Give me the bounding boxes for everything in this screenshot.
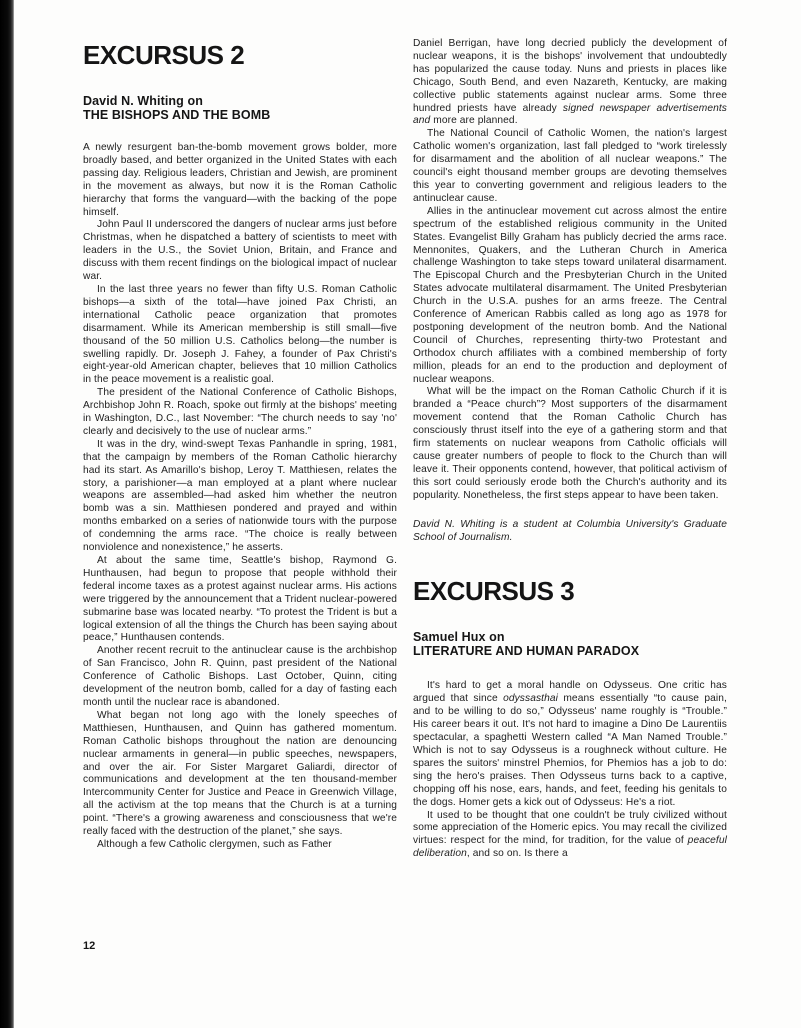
paragraph: David N. Whiting is a student at Columbi… bbox=[413, 519, 727, 545]
excursus3-title: EXCURSUS 3 bbox=[413, 578, 727, 604]
paragraph: It used to be thought that one couldn't … bbox=[413, 810, 727, 862]
text-run: At about the same time, Seattle's bishop… bbox=[83, 555, 397, 643]
paragraph: In the last three years no fewer than fi… bbox=[83, 284, 397, 387]
excursus3-body: It's hard to get a moral handle on Odyss… bbox=[413, 680, 727, 861]
paragraph: The president of the National Conference… bbox=[83, 387, 397, 439]
excursus2-byline: David N. Whiting on THE BISHOPS AND THE … bbox=[83, 95, 397, 122]
text-run: In the last three years no fewer than fi… bbox=[83, 284, 397, 385]
text-run: The president of the National Conference… bbox=[83, 387, 397, 437]
italic-text-run: David N. Whiting is a student at Columbi… bbox=[413, 519, 727, 543]
text-run: John Paul II underscored the dangers of … bbox=[83, 219, 397, 282]
paragraph: John Paul II underscored the dangers of … bbox=[83, 219, 397, 284]
excursus2-body-left: A newly resurgent ban-the-bomb movement … bbox=[83, 142, 397, 852]
excursus3-byline: Samuel Hux on LITERATURE AND HUMAN PARAD… bbox=[413, 631, 727, 658]
scan-binding-edge bbox=[0, 0, 14, 1028]
paragraph: What will be the impact on the Roman Cat… bbox=[413, 386, 727, 502]
byline-author-line: Samuel Hux on bbox=[413, 631, 727, 645]
excursus3-section: EXCURSUS 3 Samuel Hux on LITERATURE AND … bbox=[413, 578, 727, 861]
text-run: more are planned. bbox=[430, 115, 517, 126]
excursus2-title: EXCURSUS 2 bbox=[83, 42, 397, 68]
text-run: , and so on. Is there a bbox=[467, 848, 568, 859]
italic-text-run: odyssasthai bbox=[503, 693, 558, 704]
text-run: What began not long ago with the lonely … bbox=[83, 710, 397, 837]
paragraph: It's hard to get a moral handle on Odyss… bbox=[413, 680, 727, 809]
byline-title-line: THE BISHOPS AND THE BOMB bbox=[83, 109, 397, 123]
paragraph: What began not long ago with the lonely … bbox=[83, 710, 397, 839]
paragraph: Although a few Catholic clergymen, such … bbox=[83, 839, 397, 852]
text-run: A newly resurgent ban-the-bomb movement … bbox=[83, 142, 397, 218]
byline-author-line: David N. Whiting on bbox=[83, 95, 397, 109]
author-bio: David N. Whiting is a student at Columbi… bbox=[413, 519, 727, 545]
right-column: Daniel Berrigan, have long decried publi… bbox=[413, 38, 727, 861]
paragraph: The National Council of Catholic Women, … bbox=[413, 128, 727, 205]
paragraph: Another recent recruit to the antinuclea… bbox=[83, 645, 397, 710]
magazine-page: EXCURSUS 2 David N. Whiting on THE BISHO… bbox=[0, 0, 801, 1028]
paragraph: A newly resurgent ban-the-bomb movement … bbox=[83, 142, 397, 219]
paragraph: Daniel Berrigan, have long decried publi… bbox=[413, 38, 727, 128]
text-run: The National Council of Catholic Women, … bbox=[413, 128, 727, 204]
text-run: Another recent recruit to the antinuclea… bbox=[83, 645, 397, 708]
paragraph: Allies in the antinuclear movement cut a… bbox=[413, 206, 727, 387]
text-run: It used to be thought that one couldn't … bbox=[413, 810, 727, 847]
text-run: means essentially “to cause pain, and to… bbox=[413, 693, 727, 807]
paragraph: At about the same time, Seattle's bishop… bbox=[83, 555, 397, 645]
text-run: Allies in the antinuclear movement cut a… bbox=[413, 206, 727, 385]
left-column: EXCURSUS 2 David N. Whiting on THE BISHO… bbox=[83, 42, 397, 852]
paragraph: It was in the dry, wind-swept Texas Panh… bbox=[83, 439, 397, 555]
text-run: It was in the dry, wind-swept Texas Panh… bbox=[83, 439, 397, 553]
page-number: 12 bbox=[83, 940, 95, 952]
text-run: Although a few Catholic clergymen, such … bbox=[97, 839, 332, 850]
excursus2-body-right: Daniel Berrigan, have long decried publi… bbox=[413, 38, 727, 503]
text-run: What will be the impact on the Roman Cat… bbox=[413, 386, 727, 500]
byline-title-line: LITERATURE AND HUMAN PARADOX bbox=[413, 645, 727, 659]
